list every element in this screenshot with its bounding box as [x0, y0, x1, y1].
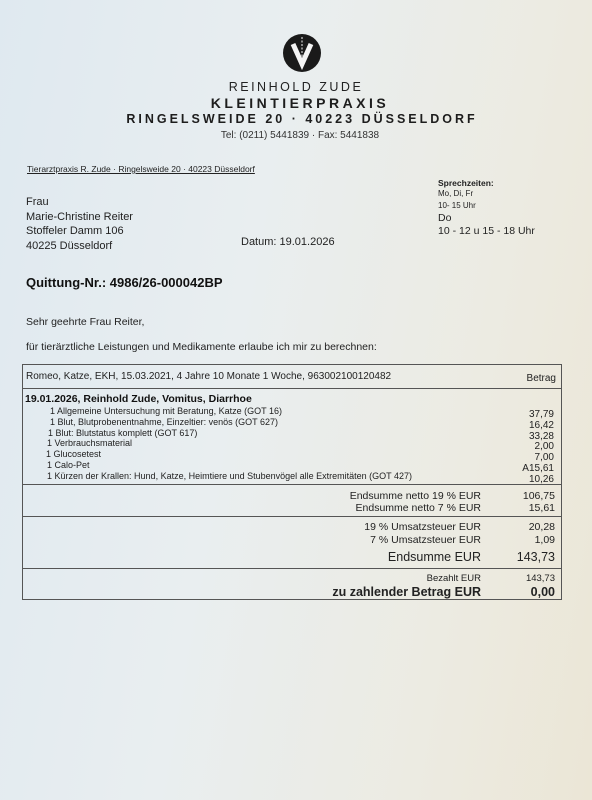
- vet-name: REINHOLD ZUDE: [0, 80, 592, 94]
- document-date: Datum: 19.01.2026: [241, 236, 335, 248]
- divider: [23, 388, 561, 389]
- office-hours-title: Sprechzeiten:: [438, 178, 535, 188]
- line-item: 1 Verbrauchsmaterial 2,00: [23, 438, 561, 449]
- recipient-street: Stoffeler Damm 106: [26, 224, 133, 239]
- net-19-label: Endsumme netto 19 % EUR: [350, 490, 481, 502]
- net-7-label: Endsumme netto 7 % EUR: [356, 502, 481, 514]
- intro-text: für tierärztliche Leistungen und Medikam…: [26, 341, 377, 353]
- recipient-address: Frau Marie-Christine Reiter Stoffeler Da…: [26, 195, 133, 253]
- v-logo-icon: [283, 34, 321, 72]
- office-hours-time-2: 10 - 12 u 15 - 18 Uhr: [438, 225, 535, 238]
- item-description: 1 Verbrauchsmaterial: [47, 438, 132, 448]
- line-item: 1 Calo-Pet A15,61: [23, 460, 561, 471]
- patient-info: Romeo, Katze, EKH, 15.03.2021, 4 Jahre 1…: [26, 371, 391, 382]
- item-description: 1 Kürzen der Krallen: Hund, Katze, Heimt…: [47, 471, 412, 481]
- total-value: 143,73: [517, 550, 555, 564]
- sender-line: Tierarztpraxis R. Zude · Ringelsweide 20…: [27, 164, 255, 174]
- item-description: 1 Blut, Blutprobenentnahme, Einzeltier: …: [50, 417, 278, 427]
- divider: [23, 516, 561, 517]
- net-7-value: 15,61: [529, 502, 555, 514]
- amount-header: Betrag: [527, 373, 556, 384]
- total-label: Endsumme EUR: [388, 550, 481, 564]
- divider: [23, 568, 561, 569]
- line-item: 1 Blut, Blutprobenentnahme, Einzeltier: …: [23, 417, 561, 428]
- receipt-number: Quittung-Nr.: 4986/26-000042BP: [26, 275, 223, 290]
- item-description: 1 Allgemeine Untersuchung mit Beratung, …: [50, 406, 282, 416]
- recipient-name: Marie-Christine Reiter: [26, 210, 133, 225]
- office-hours: Sprechzeiten: Mo, Di, Fr 10- 15 Uhr Do 1…: [438, 178, 535, 238]
- vat-7-label: 7 % Umsatzsteuer EUR: [370, 534, 481, 546]
- line-item: 1 Glucosetest 7,00: [23, 449, 561, 460]
- office-hours-time-1: 10- 15 Uhr: [438, 200, 535, 212]
- net-19-value: 106,75: [523, 490, 555, 502]
- item-description: 1 Calo-Pet: [47, 460, 90, 470]
- amount-due-label: zu zahlender Betrag EUR: [332, 585, 481, 599]
- item-description: 1 Glucosetest: [46, 449, 101, 459]
- office-hours-days-2: Do: [438, 212, 535, 225]
- greeting: Sehr geehrte Frau Reiter,: [26, 316, 144, 328]
- line-item: 1 Blut: Blutstatus komplett (GOT 617) 33…: [23, 428, 561, 439]
- vat-19-label: 19 % Umsatzsteuer EUR: [364, 521, 481, 533]
- visit-info: 19.01.2026, Reinhold Zude, Vomitus, Diar…: [25, 393, 252, 405]
- paid-label: Bezahlt EUR: [427, 573, 481, 584]
- invoice-table: Romeo, Katze, EKH, 15.03.2021, 4 Jahre 1…: [22, 364, 562, 600]
- practice-address: RINGELSWEIDE 20 · 40223 DÜSSELDORF: [6, 112, 592, 126]
- amount-due-value: 0,00: [531, 585, 555, 599]
- practice-contact: Tel: (0211) 5441839 · Fax: 5441838: [4, 130, 592, 141]
- office-hours-days-1: Mo, Di, Fr: [438, 188, 535, 200]
- divider: [23, 484, 561, 485]
- vat-19-value: 20,28: [529, 521, 555, 533]
- line-items: 1 Allgemeine Untersuchung mit Beratung, …: [23, 406, 561, 482]
- recipient-salutation: Frau: [26, 195, 133, 210]
- line-item: 1 Kürzen der Krallen: Hund, Katze, Heimt…: [23, 471, 561, 482]
- paid-value: 143,73: [526, 573, 555, 584]
- item-description: 1 Blut: Blutstatus komplett (GOT 617): [48, 428, 197, 438]
- vat-7-value: 1,09: [535, 534, 555, 546]
- line-item: 1 Allgemeine Untersuchung mit Beratung, …: [23, 406, 561, 417]
- recipient-city: 40225 Düsseldorf: [26, 239, 133, 254]
- practice-name: KLEINTIERPRAXIS: [4, 95, 592, 111]
